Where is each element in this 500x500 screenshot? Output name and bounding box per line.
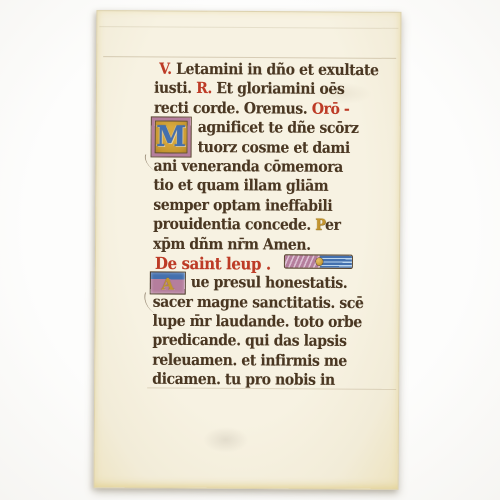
manuscript-text: releuamen. et infirmis me: [152, 351, 347, 370]
manuscript-text: lupe m̄r laudande. toto orbe: [153, 313, 362, 332]
parchment-stain: [203, 427, 249, 453]
manuscript-text: er: [325, 217, 341, 235]
manuscript-text: iusti.: [154, 80, 196, 98]
manuscript-text: tio et quam illam gliām: [153, 177, 328, 196]
manuscript-text: Letamini in dño et exultate: [172, 61, 379, 80]
text-line: dicamen. tu pro nobis in: [152, 370, 380, 393]
manuscript-text: P: [315, 217, 325, 235]
manuscript-text: ue presul honestatis.: [191, 274, 348, 293]
manuscript-leaf: M A V. Letamini in dño et exultateiusti.…: [94, 10, 402, 490]
rubric-text: Orō -: [312, 100, 350, 118]
manuscript-text: xp̄m dñm nr̄m Amen.: [153, 235, 311, 254]
ruling-line-top: [103, 56, 396, 59]
manuscript-text: agnificet te dñe scōrz: [198, 119, 359, 138]
text-block: V. Letamini in dño et exultateiusti. R. …: [152, 60, 382, 391]
manuscript-text: predicande. qui das lapsis: [152, 332, 346, 351]
parchment-crease: [99, 26, 398, 29]
rubric-text: R.: [196, 80, 212, 98]
manuscript-text: Et gloriamini oēs: [212, 80, 345, 98]
rubric-text: V.: [159, 61, 172, 79]
photo-background: { "palette": { "parchment": "#f4eedd", "…: [0, 0, 500, 500]
manuscript-text: recti corde. Oremus.: [154, 99, 312, 118]
line-filler-bar: [284, 254, 353, 269]
manuscript-text: tuorz cosme et dami: [198, 138, 350, 157]
manuscript-text: prouidentia concede.: [153, 216, 315, 235]
rubric-text: De saint leup .: [155, 253, 271, 274]
manuscript-text: dicamen. tu pro nobis in: [152, 371, 335, 390]
manuscript-text: sacer magne sanctitatis. scē: [153, 293, 364, 312]
manuscript-text: semper optam ineffabili: [153, 196, 332, 215]
manuscript-text: ani veneranda cōmemora: [153, 158, 342, 177]
